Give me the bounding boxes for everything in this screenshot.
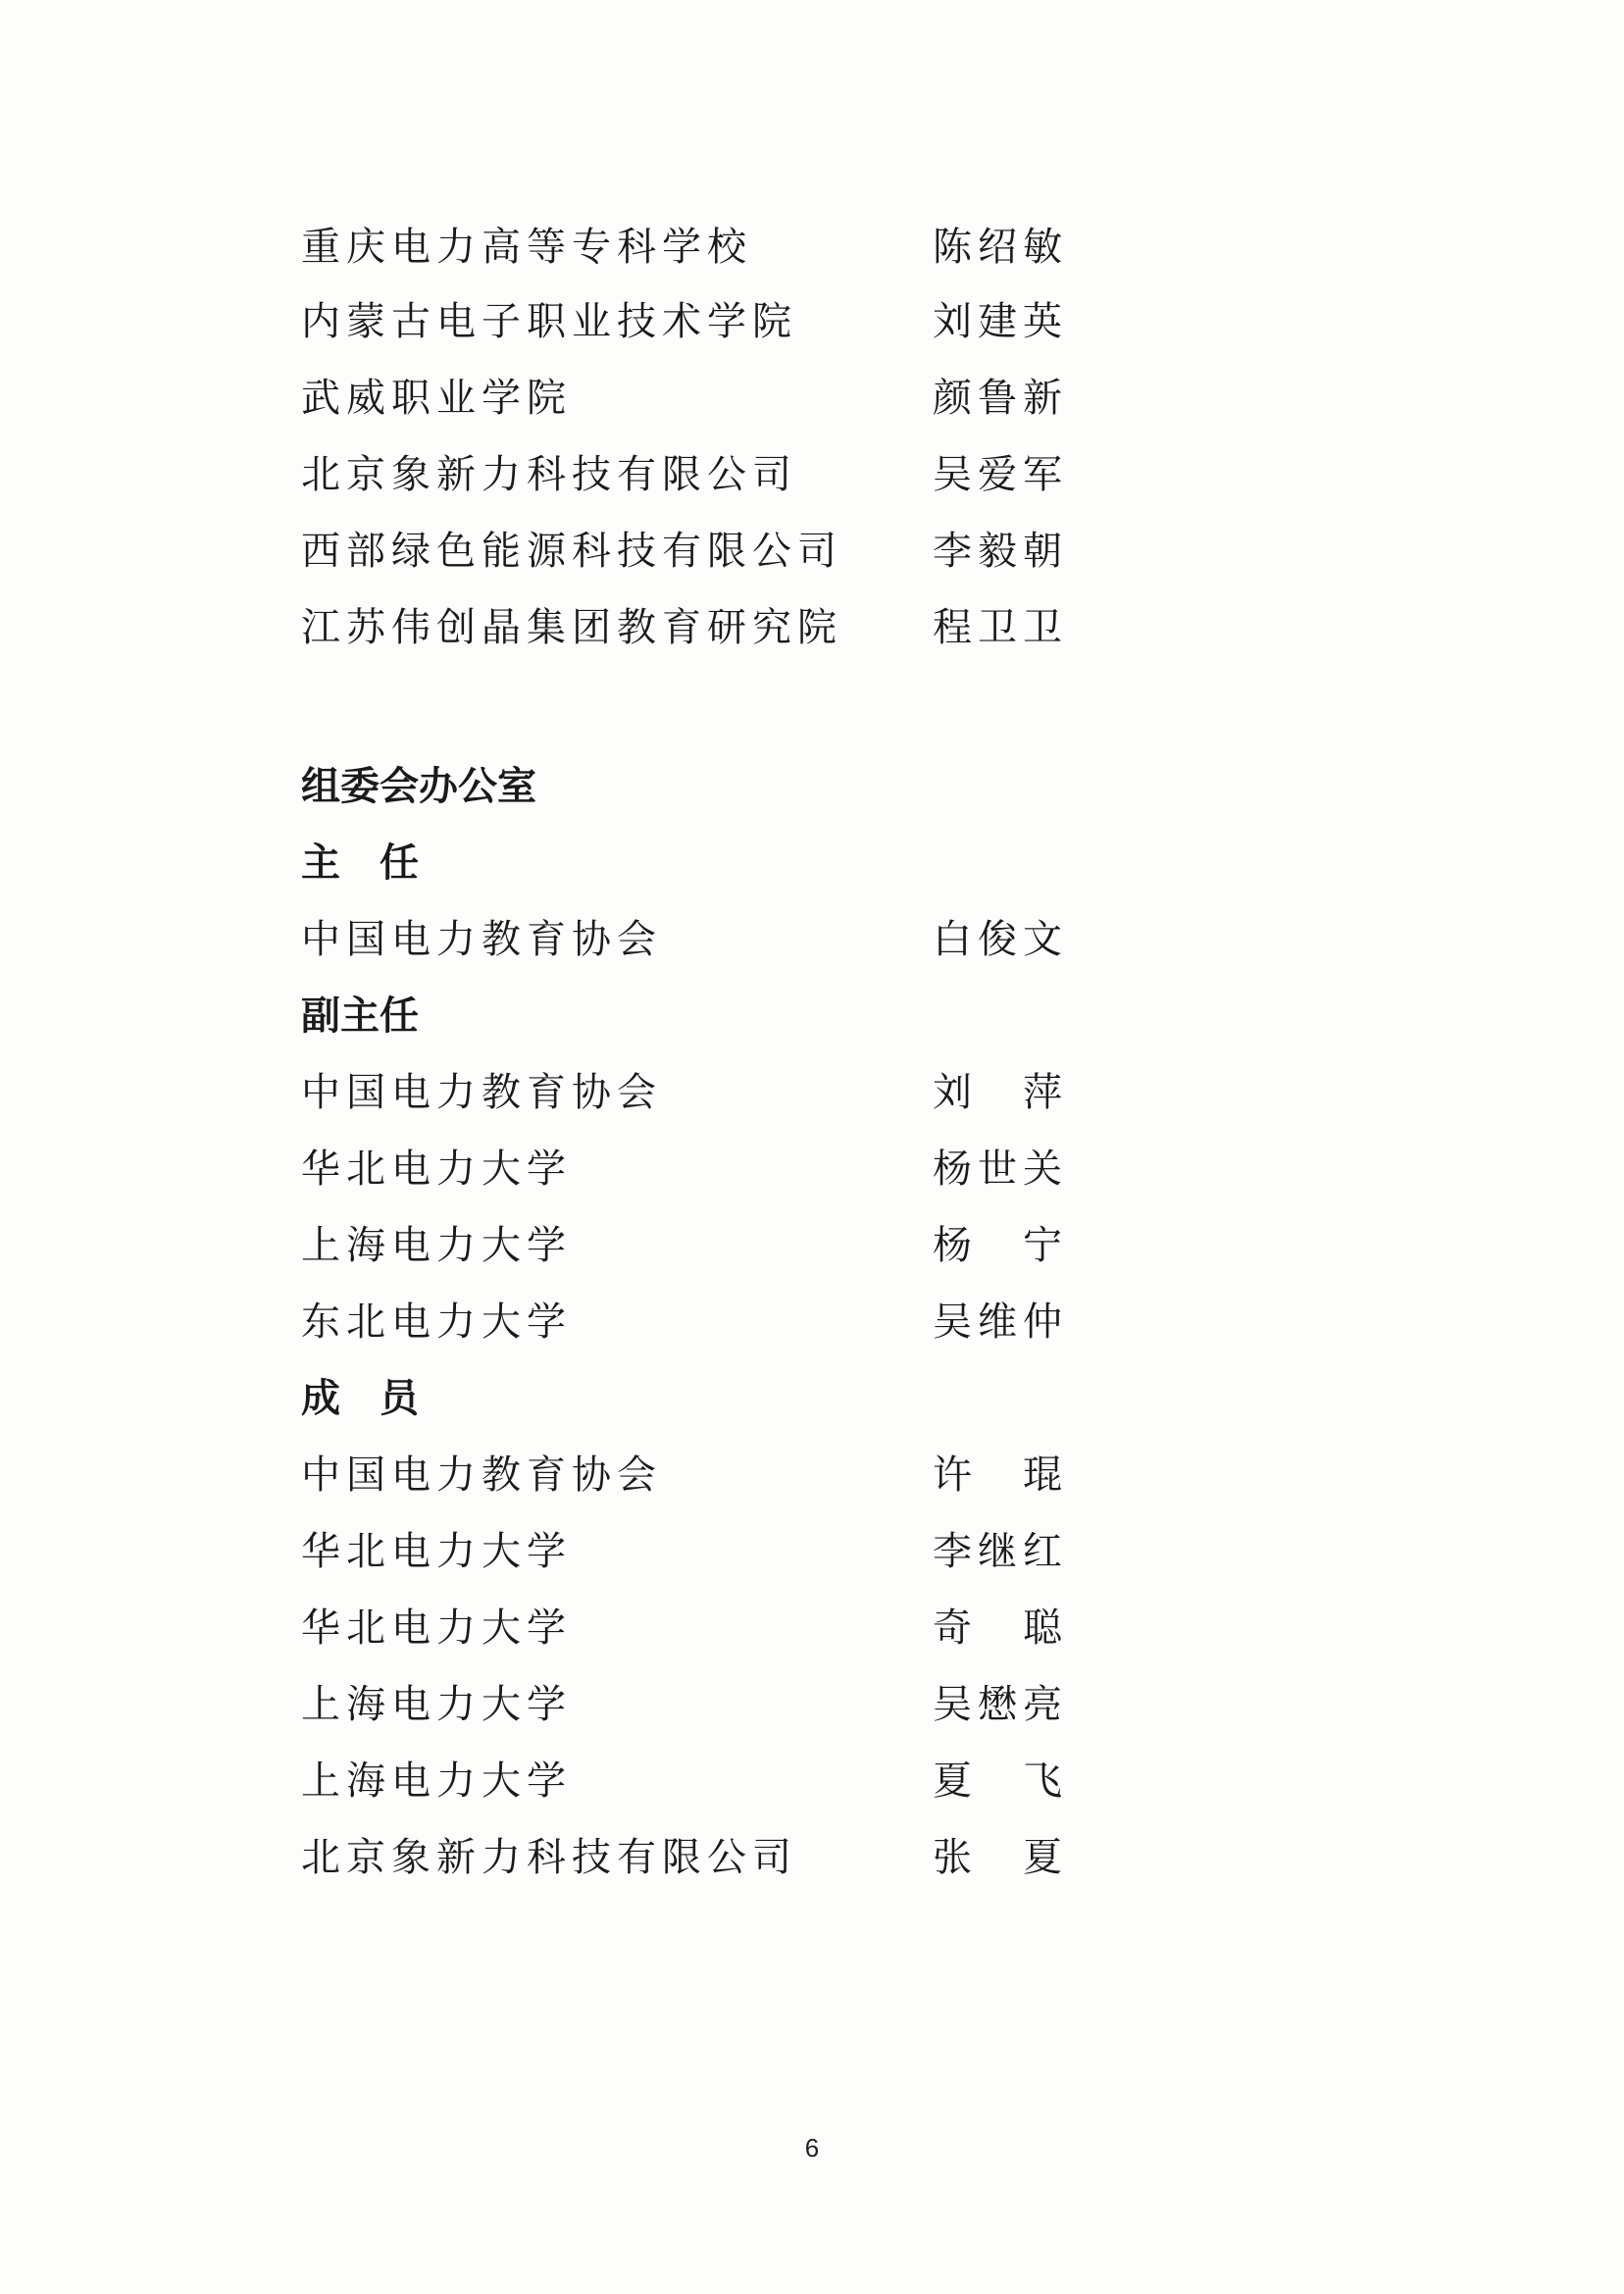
person-name: 夏 飞 — [933, 1752, 1068, 1810]
person-name: 杨世关 — [933, 1140, 1068, 1198]
organization-name: 内蒙古电子职业技术学院 — [301, 292, 797, 351]
person-name: 李继红 — [933, 1522, 1068, 1581]
organization-name: 北京象新力科技有限公司 — [301, 445, 797, 504]
director-heading: 主 任 — [301, 834, 419, 892]
members-heading: 成 员 — [301, 1369, 419, 1428]
person-name: 吴维仲 — [933, 1293, 1068, 1351]
list-item: 上海电力大学 夏 飞 — [301, 1752, 1086, 1810]
list-item: 江苏伟创晶集团教育研究院 程卫卫 — [301, 598, 1086, 657]
list-item: 北京象新力科技有限公司 张 夏 — [301, 1828, 1086, 1887]
list-item: 东北电力大学 吴维仲 — [301, 1293, 1086, 1351]
list-item: 华北电力大学 杨世关 — [301, 1140, 1086, 1198]
organization-name: 上海电力大学 — [301, 1752, 572, 1810]
list-item: 华北电力大学 奇 聪 — [301, 1599, 1086, 1657]
organization-name: 华北电力大学 — [301, 1522, 572, 1581]
person-name: 许 琨 — [933, 1446, 1068, 1504]
page-number: 6 — [0, 2133, 1624, 2164]
person-name: 颜鲁新 — [933, 369, 1068, 428]
organization-name: 北京象新力科技有限公司 — [301, 1828, 797, 1887]
organization-name: 江苏伟创晶集团教育研究院 — [301, 598, 842, 657]
list-item: 华北电力大学 李继红 — [301, 1522, 1086, 1581]
person-name: 刘建英 — [933, 292, 1068, 351]
section-title: 组委会办公室 — [301, 757, 536, 816]
organization-name: 东北电力大学 — [301, 1293, 572, 1351]
organization-name: 重庆电力高等专科学校 — [301, 218, 752, 277]
organization-name: 武威职业学院 — [301, 369, 572, 428]
person-name: 李毅朝 — [933, 522, 1068, 581]
organization-name: 中国电力教育协会 — [301, 1063, 662, 1122]
list-item: 内蒙古电子职业技术学院 刘建英 — [301, 292, 1086, 351]
list-item: 重庆电力高等专科学校 陈绍敏 — [301, 218, 1086, 277]
list-item: 上海电力大学 吴懋亮 — [301, 1675, 1086, 1734]
list-item: 中国电力教育协会 白俊文 — [301, 910, 1086, 969]
person-name: 程卫卫 — [933, 598, 1068, 657]
list-item: 中国电力教育协会 许 琨 — [301, 1446, 1086, 1504]
organization-name: 华北电力大学 — [301, 1599, 572, 1657]
organization-name: 中国电力教育协会 — [301, 1446, 662, 1504]
person-name: 奇 聪 — [933, 1599, 1068, 1657]
person-name: 吴爱军 — [933, 445, 1068, 504]
person-name: 刘 萍 — [933, 1063, 1068, 1122]
list-item: 武威职业学院 颜鲁新 — [301, 369, 1086, 428]
organization-name: 上海电力大学 — [301, 1216, 572, 1275]
organization-name: 西部绿色能源科技有限公司 — [301, 522, 842, 581]
person-name: 张 夏 — [933, 1828, 1068, 1887]
list-item: 西部绿色能源科技有限公司 李毅朝 — [301, 522, 1086, 581]
organization-name: 上海电力大学 — [301, 1675, 572, 1734]
person-name: 陈绍敏 — [933, 218, 1068, 277]
deputy-director-heading: 副主任 — [301, 987, 419, 1045]
list-item: 上海电力大学 杨 宁 — [301, 1216, 1086, 1275]
person-name: 白俊文 — [933, 910, 1068, 969]
person-name: 吴懋亮 — [933, 1675, 1068, 1734]
person-name: 杨 宁 — [933, 1216, 1068, 1275]
organization-name: 华北电力大学 — [301, 1140, 572, 1198]
list-item: 中国电力教育协会 刘 萍 — [301, 1063, 1086, 1122]
organization-name: 中国电力教育协会 — [301, 910, 662, 969]
list-item: 北京象新力科技有限公司 吴爱军 — [301, 445, 1086, 504]
